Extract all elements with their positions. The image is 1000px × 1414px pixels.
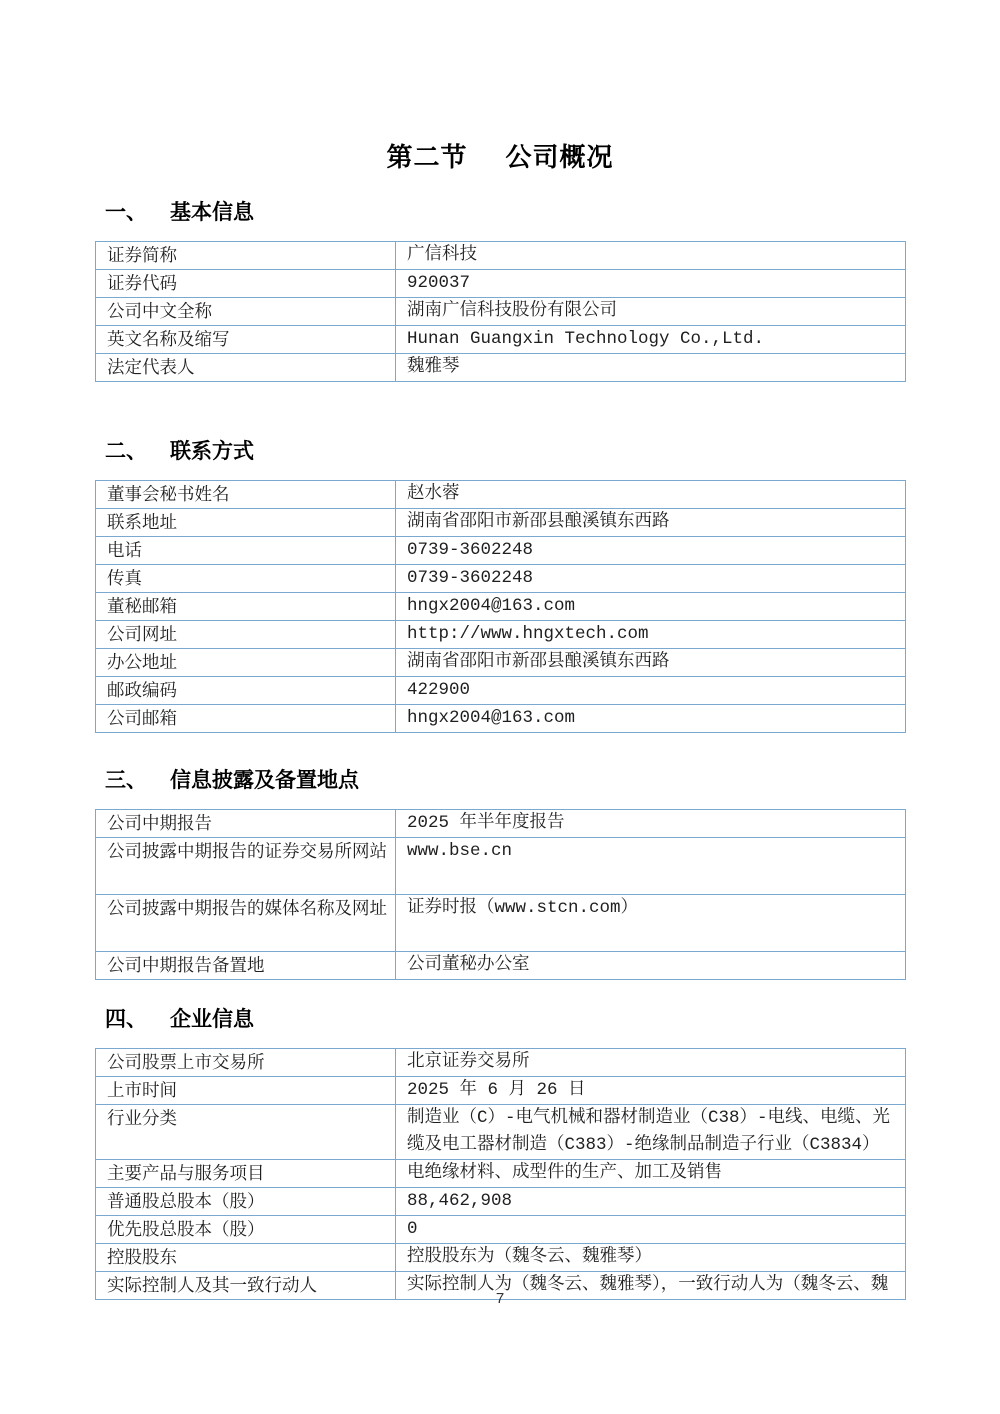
row-label: 电话 bbox=[96, 537, 396, 565]
row-value: Hunan Guangxin Technology Co.,Ltd. bbox=[396, 326, 906, 354]
table-row: 传真 0739-3602248 bbox=[96, 565, 906, 593]
row-label: 董事会秘书姓名 bbox=[96, 481, 396, 509]
section-heading-label: 企业信息 bbox=[170, 1008, 254, 1031]
row-label: 公司中期报告 bbox=[96, 810, 396, 838]
row-value: 赵水蓉 bbox=[396, 481, 906, 509]
row-label: 公司股票上市交易所 bbox=[96, 1049, 396, 1077]
row-value: 魏雅琴 bbox=[396, 354, 906, 382]
row-value: 2025 年半年度报告 bbox=[396, 810, 906, 838]
row-label: 英文名称及缩写 bbox=[96, 326, 396, 354]
row-value: 湖南省邵阳市新邵县酿溪镇东西路 bbox=[396, 649, 906, 677]
row-label: 普通股总股本（股） bbox=[96, 1188, 396, 1216]
page-title-section-no: 第二节 bbox=[386, 142, 467, 172]
row-label: 主要产品与服务项目 bbox=[96, 1160, 396, 1188]
table-row: 公司网址 http://www.hngxtech.com bbox=[96, 621, 906, 649]
row-label: 证券简称 bbox=[96, 242, 396, 270]
table-row: 公司中文全称 湖南广信科技股份有限公司 bbox=[96, 298, 906, 326]
row-label: 上市时间 bbox=[96, 1077, 396, 1105]
row-label: 办公地址 bbox=[96, 649, 396, 677]
row-label: 邮政编码 bbox=[96, 677, 396, 705]
table-row: 董事会秘书姓名 赵水蓉 bbox=[96, 481, 906, 509]
row-label: 公司邮箱 bbox=[96, 705, 396, 733]
row-value: 0739-3602248 bbox=[396, 565, 906, 593]
row-label: 行业分类 bbox=[96, 1105, 396, 1160]
table-row: 优先股总股本（股） 0 bbox=[96, 1216, 906, 1244]
page-number: 7 bbox=[0, 1290, 1000, 1307]
table-row: 邮政编码 422900 bbox=[96, 677, 906, 705]
table-row: 联系地址 湖南省邵阳市新邵县酿溪镇东西路 bbox=[96, 509, 906, 537]
table-row: 公司股票上市交易所 北京证券交易所 bbox=[96, 1049, 906, 1077]
table-row: 证券代码 920037 bbox=[96, 270, 906, 298]
row-value: 公司董秘办公室 bbox=[396, 952, 906, 980]
table-row: 公司披露中期报告的证券交易所网站 www.bse.cn bbox=[96, 838, 906, 895]
row-label: 公司中期报告备置地 bbox=[96, 952, 396, 980]
section-number: 四、 bbox=[105, 1008, 170, 1032]
table-row: 控股股东 控股股东为（魏冬云、魏雅琴） bbox=[96, 1244, 906, 1272]
table-row: 公司中期报告 2025 年半年度报告 bbox=[96, 810, 906, 838]
table-row: 普通股总股本（股） 88,462,908 bbox=[96, 1188, 906, 1216]
row-value: 湖南广信科技股份有限公司 bbox=[396, 298, 906, 326]
row-label: 证券代码 bbox=[96, 270, 396, 298]
row-label: 公司中文全称 bbox=[96, 298, 396, 326]
row-label: 董秘邮箱 bbox=[96, 593, 396, 621]
table-row: 上市时间 2025 年 6 月 26 日 bbox=[96, 1077, 906, 1105]
row-value: 北京证券交易所 bbox=[396, 1049, 906, 1077]
row-value: 422900 bbox=[396, 677, 906, 705]
table-row: 行业分类 制造业（C）-电气机械和器材制造业（C38）-电线、电缆、光缆及电工器… bbox=[96, 1105, 906, 1160]
row-value: 制造业（C）-电气机械和器材制造业（C38）-电线、电缆、光缆及电工器材制造（C… bbox=[396, 1105, 906, 1160]
section-heading-label: 信息披露及备置地点 bbox=[170, 769, 359, 792]
table-row: 英文名称及缩写 Hunan Guangxin Technology Co.,Lt… bbox=[96, 326, 906, 354]
row-value: http://www.hngxtech.com bbox=[396, 621, 906, 649]
section-heading-label: 基本信息 bbox=[170, 201, 254, 224]
row-value: hngx2004@163.com bbox=[396, 593, 906, 621]
section-heading-contact: 二、联系方式 bbox=[95, 440, 905, 464]
row-label: 公司网址 bbox=[96, 621, 396, 649]
table-row: 主要产品与服务项目 电绝缘材料、成型件的生产、加工及销售 bbox=[96, 1160, 906, 1188]
row-value: 0 bbox=[396, 1216, 906, 1244]
row-value: 证券时报（www.stcn.com） bbox=[396, 895, 906, 952]
section-heading-disclosure: 三、信息披露及备置地点 bbox=[95, 769, 905, 793]
row-value: www.bse.cn bbox=[396, 838, 906, 895]
table-row: 办公地址 湖南省邵阳市新邵县酿溪镇东西路 bbox=[96, 649, 906, 677]
section-number: 三、 bbox=[105, 769, 170, 793]
row-label: 联系地址 bbox=[96, 509, 396, 537]
table-row: 董秘邮箱 hngx2004@163.com bbox=[96, 593, 906, 621]
table-row: 法定代表人 魏雅琴 bbox=[96, 354, 906, 382]
table-row: 电话 0739-3602248 bbox=[96, 537, 906, 565]
page-title-text: 公司概况 bbox=[506, 142, 614, 172]
row-value: 广信科技 bbox=[396, 242, 906, 270]
disclosure-table: 公司中期报告 2025 年半年度报告 公司披露中期报告的证券交易所网站 www.… bbox=[95, 809, 906, 980]
row-value: 0739-3602248 bbox=[396, 537, 906, 565]
section-number: 二、 bbox=[105, 440, 170, 464]
row-label: 公司披露中期报告的媒体名称及网址 bbox=[96, 895, 396, 952]
row-value: hngx2004@163.com bbox=[396, 705, 906, 733]
enterprise-info-table: 公司股票上市交易所 北京证券交易所 上市时间 2025 年 6 月 26 日 行… bbox=[95, 1048, 906, 1300]
row-value: 2025 年 6 月 26 日 bbox=[396, 1077, 906, 1105]
document-page: 第二节公司概况 一、基本信息 证券简称 广信科技 证券代码 920037 公司中… bbox=[0, 0, 1000, 1414]
contact-table: 董事会秘书姓名 赵水蓉 联系地址 湖南省邵阳市新邵县酿溪镇东西路 电话 0739… bbox=[95, 480, 906, 733]
row-label: 控股股东 bbox=[96, 1244, 396, 1272]
section-heading-enterprise-info: 四、企业信息 bbox=[95, 1008, 905, 1032]
basic-info-table: 证券简称 广信科技 证券代码 920037 公司中文全称 湖南广信科技股份有限公… bbox=[95, 241, 906, 382]
page-content: 第二节公司概况 一、基本信息 证券简称 广信科技 证券代码 920037 公司中… bbox=[0, 143, 1000, 1300]
row-value: 湖南省邵阳市新邵县酿溪镇东西路 bbox=[396, 509, 906, 537]
table-row: 公司披露中期报告的媒体名称及网址 证券时报（www.stcn.com） bbox=[96, 895, 906, 952]
row-label: 优先股总股本（股） bbox=[96, 1216, 396, 1244]
row-value: 控股股东为（魏冬云、魏雅琴） bbox=[396, 1244, 906, 1272]
table-row: 公司中期报告备置地 公司董秘办公室 bbox=[96, 952, 906, 980]
row-value: 88,462,908 bbox=[396, 1188, 906, 1216]
table-row: 证券简称 广信科技 bbox=[96, 242, 906, 270]
row-label: 传真 bbox=[96, 565, 396, 593]
row-label: 法定代表人 bbox=[96, 354, 396, 382]
section-number: 一、 bbox=[105, 201, 170, 225]
row-label: 公司披露中期报告的证券交易所网站 bbox=[96, 838, 396, 895]
page-title: 第二节公司概况 bbox=[95, 143, 905, 171]
row-value: 电绝缘材料、成型件的生产、加工及销售 bbox=[396, 1160, 906, 1188]
section-heading-label: 联系方式 bbox=[170, 440, 254, 463]
table-row: 公司邮箱 hngx2004@163.com bbox=[96, 705, 906, 733]
section-heading-basic-info: 一、基本信息 bbox=[95, 201, 905, 225]
row-value: 920037 bbox=[396, 270, 906, 298]
